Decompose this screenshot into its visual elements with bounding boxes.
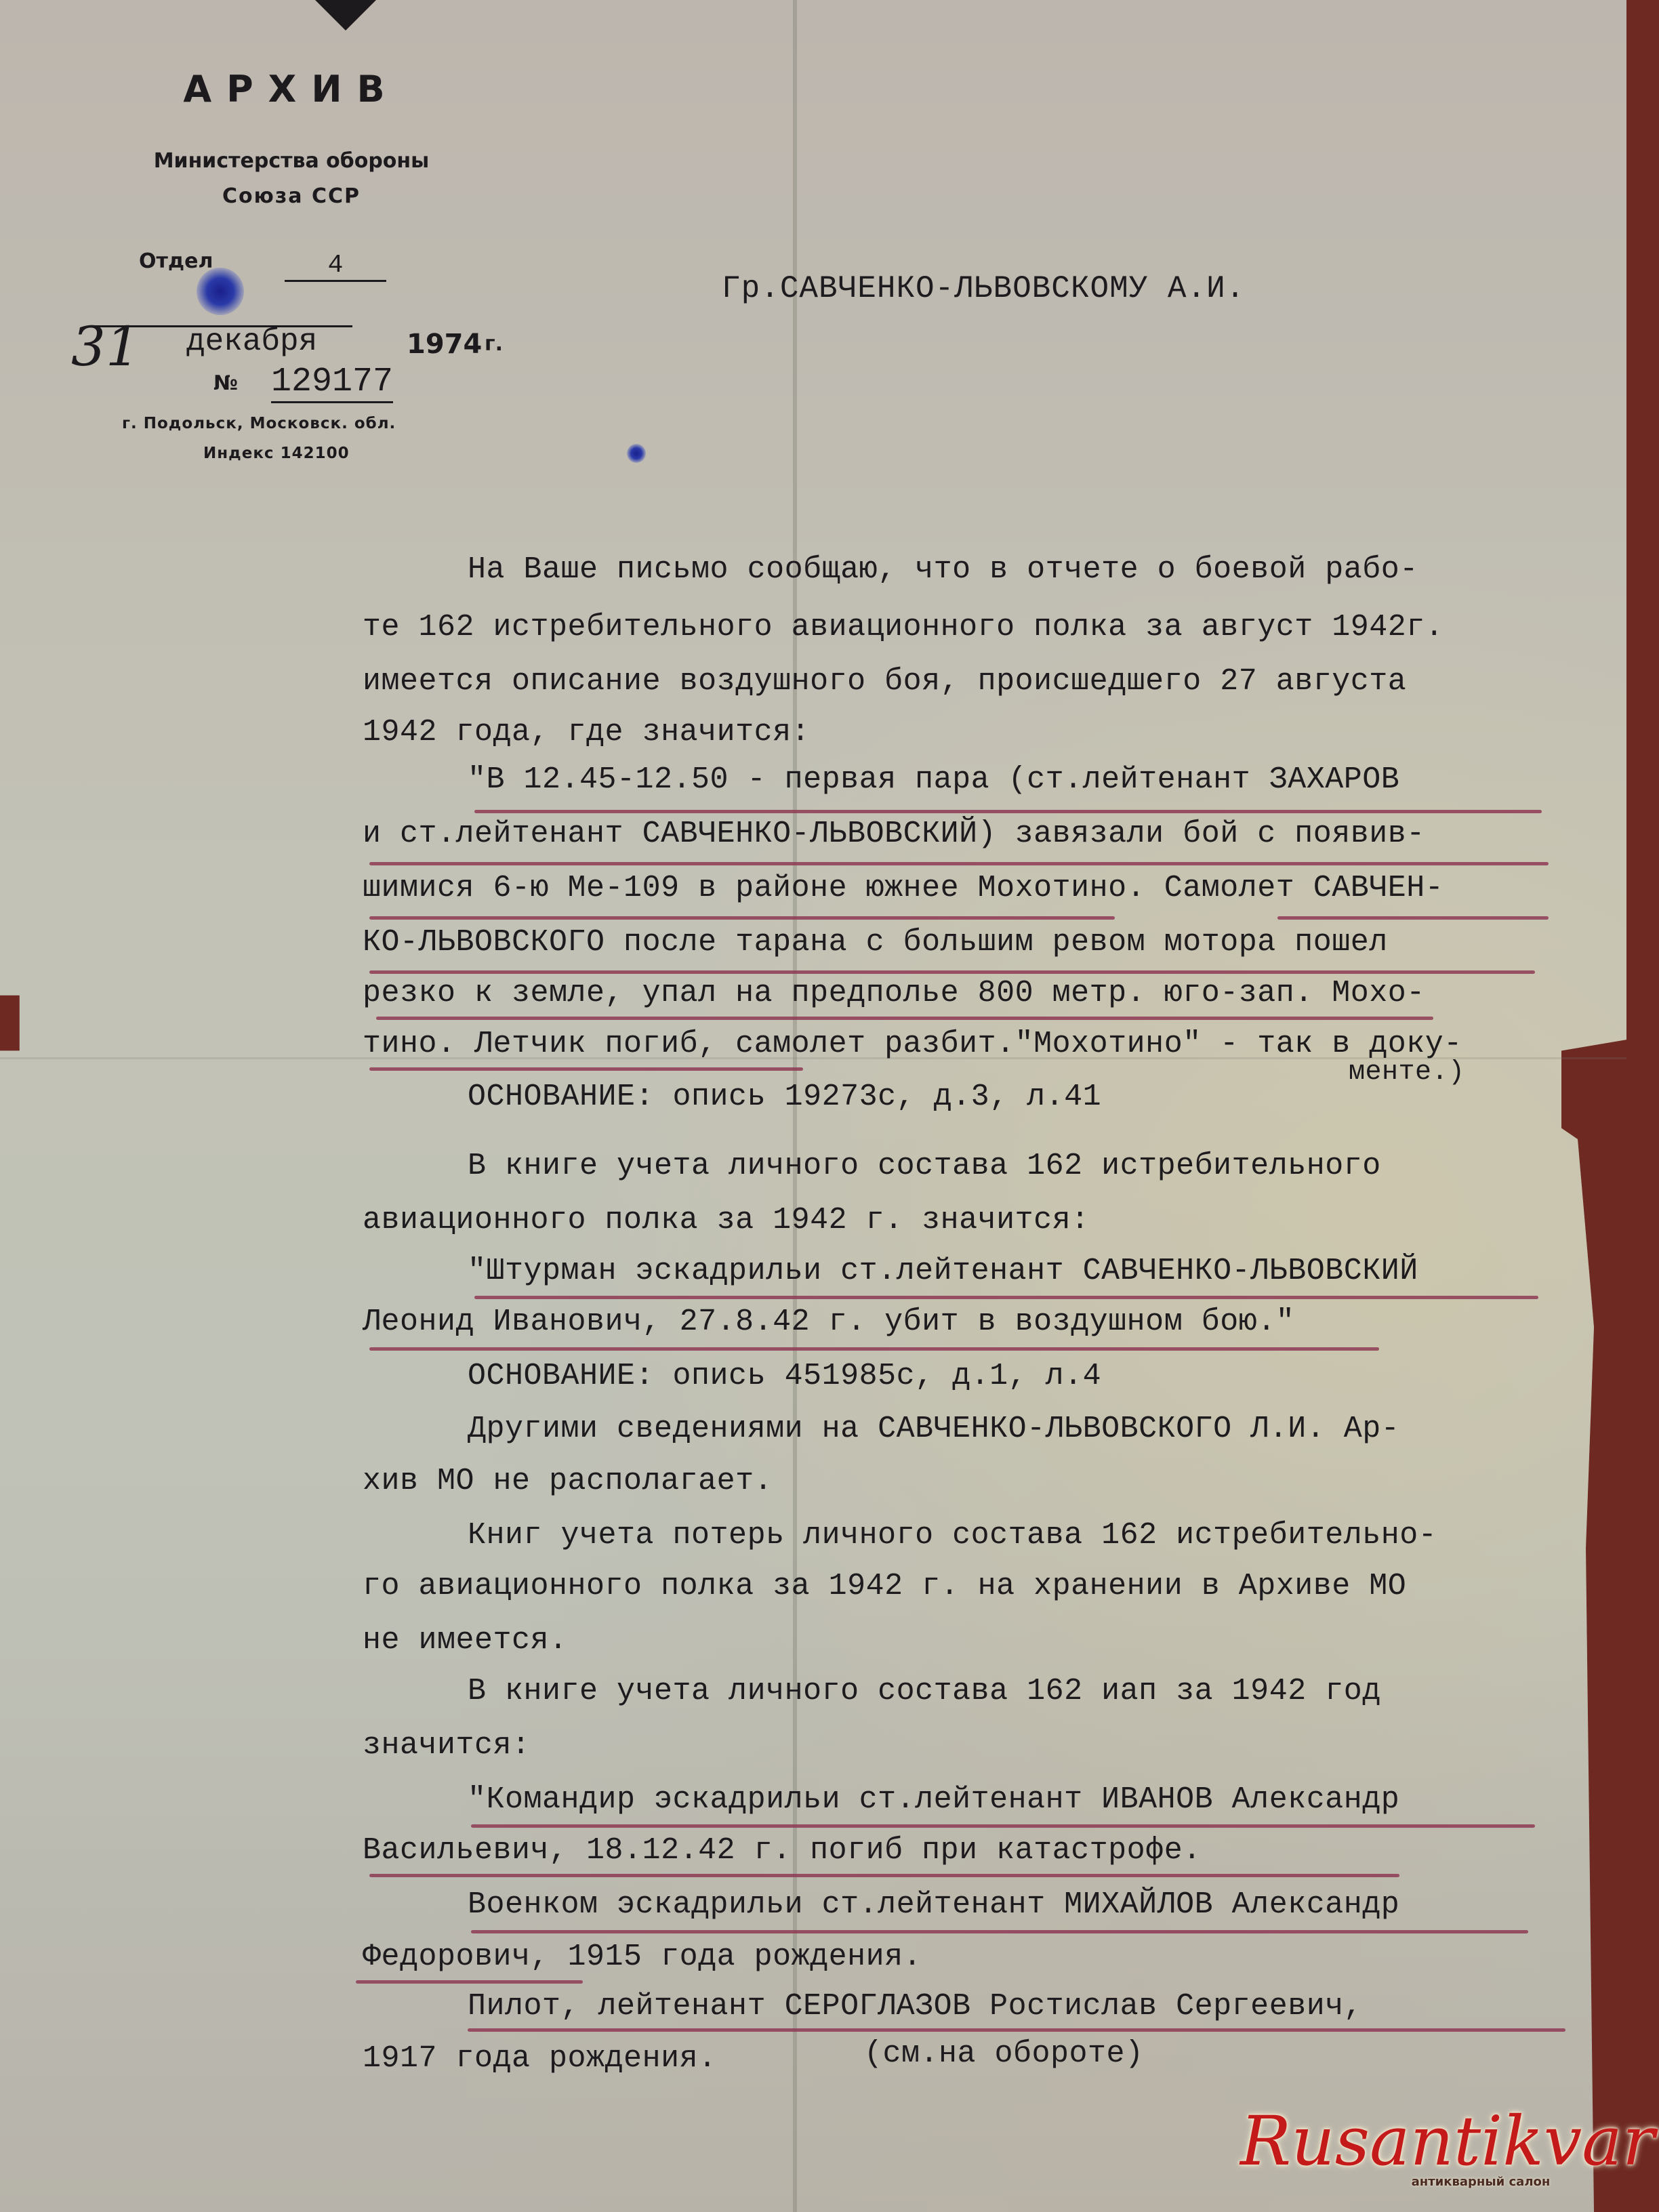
quote-line: Васильевич, 18.12.42 г. погиб при катаст… [363,1833,1202,1868]
department-value: 4 [285,251,386,282]
pencil-underline [468,2028,1565,2032]
body-line: На Ваше письмо сообщаю, что в отчете о б… [468,552,1418,587]
quote-line: "Командир эскадрильи ст.лейтенант ИВАНОВ… [468,1782,1399,1817]
body-line: В книге учета личного состава 162 истреб… [468,1149,1381,1183]
quote-line: тино. Летчик погиб, самолет разбит."Мохо… [363,1027,1462,1061]
quote-line: Пилот, лейтенант СЕРОГЛАЗОВ Ростислав Се… [468,1989,1362,2024]
ink-blot [197,268,244,315]
body-line: го авиационного полка за 1942 г. на хран… [363,1569,1406,1603]
pencil-underline [471,1930,1528,1933]
pencil-underline [369,1874,1399,1877]
quote-line: КО-ЛЬВОВСКОГО после тарана с большим рев… [363,925,1388,960]
pencil-underline [474,1296,1538,1299]
pencil-underline [356,1980,583,1984]
date-month: декабря [186,324,317,359]
stamp-org-line2: Союза ССР [81,184,501,208]
stamp-address: г. Подольск, Московск. обл. [122,415,396,432]
pencil-underline [376,1017,1433,1020]
continued-overleaf-note: (см.на обороте) [864,2036,1144,2071]
date-day: 31 [71,315,140,378]
body-line: Книг учета потерь личного состава 162 ис… [468,1518,1437,1553]
source-reference: ОСНОВАНИЕ: опись 19273с, д.3, л.41 [468,1080,1101,1114]
addressee: Гр.САВЧЕНКО-ЛЬВОВСКОМУ А.И. [722,271,1245,306]
quote-line: 1917 года рождения. [363,2041,717,2076]
body-line: имеется описание воздушного боя, происше… [363,664,1406,699]
watermark-brand: Rusantikvar [1240,2104,1647,2179]
pencil-underline [369,1347,1379,1351]
department-label: Отдел [139,249,213,273]
body-line: те 162 истребительного авиационного полк… [363,610,1443,644]
quote-line: "Штурман эскадрильи ст.лейтенант САВЧЕНК… [468,1254,1418,1288]
body-line: Другими сведениями на САВЧЕНКО-ЛЬВОВСКОГ… [468,1412,1399,1446]
pencil-underline [369,916,1115,920]
stamp-title: АРХИВ [81,68,501,110]
stamp-org-line1: Министерства обороны [81,149,501,173]
quote-line: "В 12.45-12.50 - первая пара (ст.лейтена… [468,762,1399,797]
body-line: значится: [363,1728,531,1763]
pencil-underline [369,1067,803,1071]
quote-line: резко к земле, упал на предполье 800 мет… [363,976,1425,1010]
pencil-underline [1277,916,1549,920]
quote-line: Леонид Иванович, 27.8.42 г. убит в возду… [363,1305,1294,1339]
body-line: не имеется. [363,1623,568,1658]
pencil-underline [369,862,1549,865]
body-line: 1942 года, где значится: [363,715,810,750]
quote-line: Военком эскадрильи ст.лейтенант МИХАЙЛОВ… [468,1887,1399,1922]
watermark: Rusantikvar антикварный салон [1240,2104,1647,2189]
stamp-postal-index: Индекс 142100 [203,445,350,462]
reference-number: 129177 [271,363,393,403]
pencil-underline [471,1824,1535,1828]
pencil-underline [474,810,1542,813]
quote-line-note: менте.) [1349,1057,1465,1088]
star-icon [315,0,376,30]
quote-line: и ст.лейтенант САВЧЕНКО-ЛЬВОВСКИЙ) завяз… [363,817,1425,851]
body-line: В книге учета личного состава 162 иап за… [468,1674,1381,1708]
body-line: авиационного полка за 1942 г. значится: [363,1203,1090,1237]
body-line: хив МО не располагает. [363,1464,773,1498]
date-year: 1974 [407,329,482,360]
source-reference: ОСНОВАНИЕ: опись 451985с, д.1, л.4 [468,1359,1101,1393]
quote-line: шимися 6-ю Ме-109 в районе южнее Мохотин… [363,871,1443,905]
pencil-underline [369,970,1535,974]
reference-number-label: № [213,371,238,395]
date-suffix: г. [485,332,503,356]
ink-blot [627,444,646,463]
quote-line: Федорович, 1915 года рождения. [363,1940,922,1974]
